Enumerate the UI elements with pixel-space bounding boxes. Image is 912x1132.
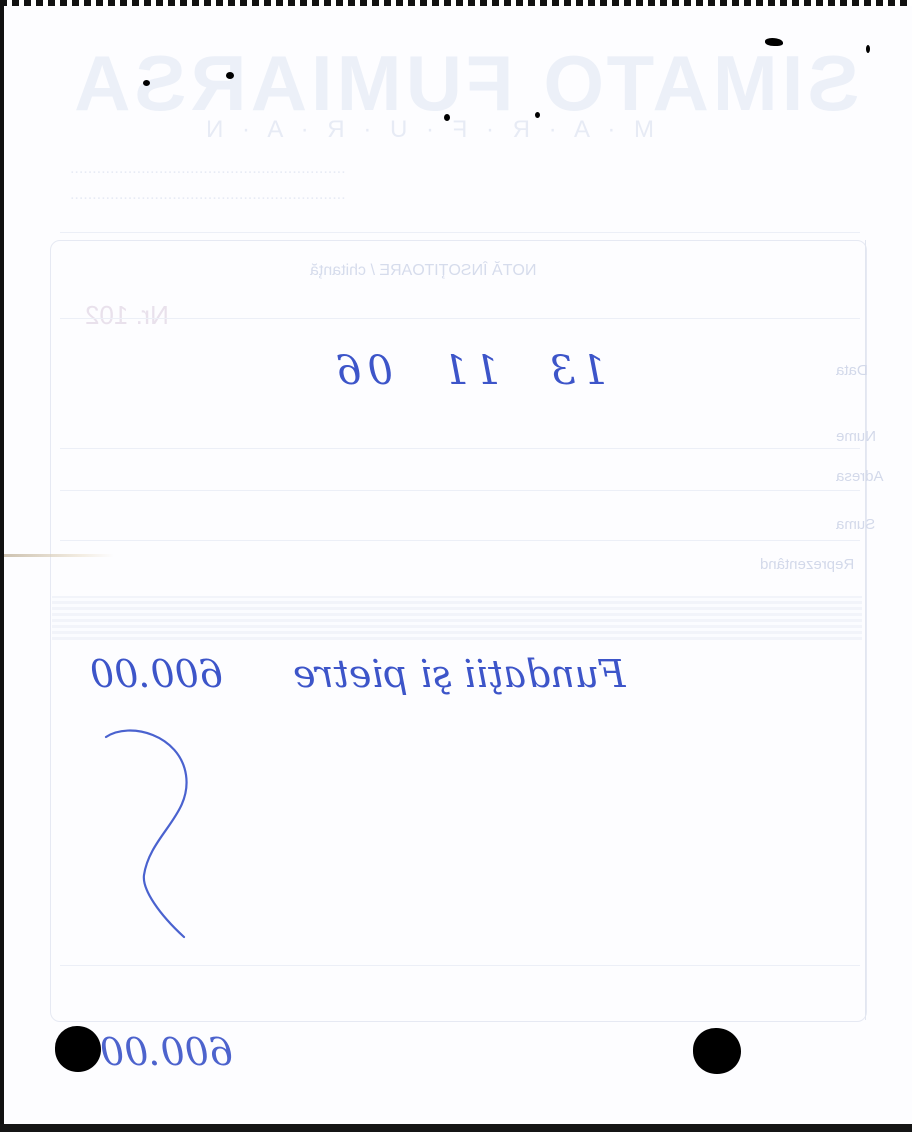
handwritten-line-item: Fundaţii şi pietre600.00 [90, 652, 626, 696]
scan-bottom-edge [0, 1124, 912, 1132]
bleed-label-address: Adresa [836, 468, 884, 485]
bleed-table-header [52, 596, 862, 640]
line-item-amount: 600.00 [90, 652, 223, 696]
bleed-label-name: Nume [836, 428, 876, 445]
bleed-address-line-1: ........................................… [70, 160, 346, 178]
bleed-document-type: NOTĂ ÎNSOŢITOARE / chitanţă [310, 262, 536, 280]
form-right-rule [865, 240, 866, 1020]
punch-hole-left [55, 1026, 101, 1072]
handwritten-date: 131106 [330, 348, 651, 394]
date-day: 13 [544, 348, 607, 394]
bleed-label-date: Data [836, 362, 868, 379]
ink-spot [143, 80, 150, 86]
paper-fold [4, 554, 114, 557]
ink-spot [866, 45, 870, 53]
ink-spot [765, 38, 783, 46]
bleed-rule [60, 540, 860, 541]
ink-spot [226, 72, 234, 79]
ink-spot [444, 114, 450, 121]
bleed-address-line-2: ........................................… [70, 186, 346, 204]
bleed-label-representing: Reprezentând [760, 556, 854, 573]
ink-spot [535, 112, 540, 118]
scan-top-edge [0, 0, 912, 6]
bleed-rule [60, 318, 860, 319]
handwritten-total: 600.00 [100, 1030, 233, 1074]
bleed-rule [60, 965, 860, 966]
bleed-header-subtitle: M · A · R · F · U · R · A · N [200, 116, 654, 144]
bleed-rule [60, 448, 860, 449]
line-item-description: Fundaţii şi pietre [293, 652, 626, 696]
date-year: 06 [330, 348, 393, 394]
bleed-rule [60, 232, 860, 233]
bleed-rule [60, 490, 860, 491]
scan-left-edge [0, 0, 4, 1132]
bleed-document-number: Nr. 102 [85, 300, 169, 331]
date-month: 11 [437, 348, 500, 394]
punch-hole-right [693, 1028, 741, 1074]
signature-mark [100, 725, 210, 945]
bleed-label-amount: Suma [836, 516, 875, 533]
